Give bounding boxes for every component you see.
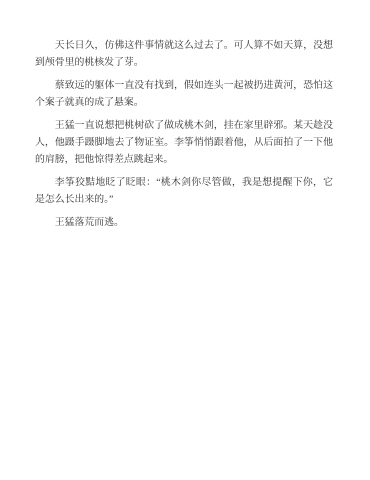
body-paragraph-3: 王猛一直说想把桃树砍了做成桃木剑，挂在家里辟邪。某天趁没人，他蹑手蹑脚地去了物证… — [35, 117, 333, 168]
body-paragraph-4: 李筝狡黠地眨了眨眼：“桃木剑你尽管做，我是想提醒下你，它是怎么长出来的。” — [35, 174, 333, 208]
body-paragraph-5: 王猛落荒而逃。 — [35, 214, 333, 231]
body-paragraph-1: 天长日久，仿佛这件事情就这么过去了。可人算不如天算，没想到颅骨里的桃核发了芽。 — [35, 37, 333, 71]
reader-page: 天长日久，仿佛这件事情就这么过去了。可人算不如天算，没想到颅骨里的桃核发了芽。 … — [0, 0, 370, 480]
body-paragraph-2: 蔡致远的躯体一直没有找到，假如连头一起被扔进黄河，恐怕这个案子就真的成了悬案。 — [35, 77, 333, 111]
